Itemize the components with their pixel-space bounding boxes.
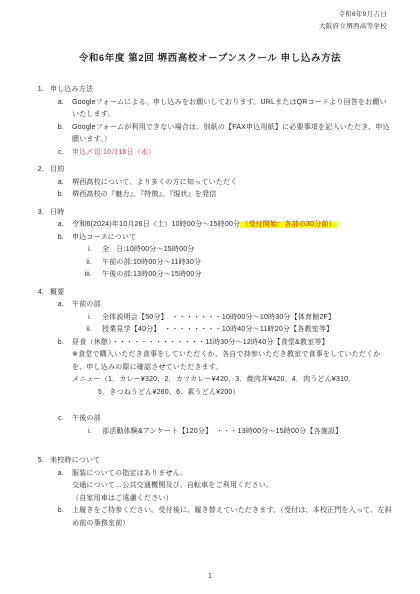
item-text: Googleフォームによる、申し込みをお願いしております。URLまたはQRコード… — [72, 97, 392, 122]
list-item: a. 服装についての指定はありません。 — [36, 468, 392, 481]
section-heading-row: 4. 概要 — [36, 287, 392, 300]
section-heading-row: 5. 来校時について — [36, 455, 392, 468]
item-marker: a. — [36, 97, 64, 110]
item-marker: i. — [36, 312, 92, 325]
list-item: c. 午後の部 — [36, 413, 392, 426]
lunch-note: ※食堂で購入いただき食事をしていただくか、各自で持参いただき教室で食事をしていた… — [36, 349, 392, 374]
item-text: 令和6(2024)年10月26日（土）10時00分～15時00分（受付開始：各部… — [72, 219, 392, 232]
item-marker: a. — [36, 177, 64, 190]
item-text: 全 日:10時00分～15時00分 — [102, 244, 392, 257]
menu-line: 5．きつねうどん¥260、6．素うどん¥200） — [36, 387, 392, 400]
document-body: 1. 申し込み方法 a. Googleフォームによる、申し込みをお願いしておりま… — [0, 84, 420, 530]
list-item: b. Googleフォームが利用できない場合は、別紙の【FAX申込用紙】に必要事… — [36, 122, 392, 147]
item-text: 全体説明会【50分】 ・・・・・・・10時00分～10時30分【体育館2F】 — [102, 312, 392, 325]
list-item: b. 堺西高校の『魅力』、『特徴』、『現状』を発信 — [36, 189, 392, 202]
list-item: a. 午前の部 — [36, 299, 392, 312]
item-text: 上履きをご持参ください。受付後に、履き替えていただきます。（受付は、本校正門を入… — [72, 505, 392, 530]
item-text: 授業見学【40分】 ・・・・・・・・10時40分～11時20分【各教室等】 — [102, 324, 392, 337]
item-text: 部活動体験&アンケート【120分】 ・・・13時00分～15時00分【各施設】 — [102, 426, 392, 439]
section-overview: 4. 概要 a. 午前の部 i. 全体説明会【50分】 ・・・・・・・10時00… — [36, 287, 392, 439]
item-marker: b. — [36, 122, 64, 135]
reception-highlight: （受付開始：各部の30分前） — [240, 221, 337, 228]
item-text: Googleフォームが利用できない場合は、別紙の【FAX申込用紙】に必要事項を記… — [72, 122, 392, 147]
section-application: 1. 申し込み方法 a. Googleフォームによる、申し込みをお願いしておりま… — [36, 84, 392, 159]
item-marker: b. — [36, 505, 64, 518]
item-marker: ii. — [36, 257, 92, 270]
list-item-date: a. 令和6(2024)年10月26日（土）10時00分～15時00分（受付開始… — [36, 219, 392, 232]
item-marker: b. — [36, 232, 64, 245]
item-text: 午後の部 — [72, 413, 392, 426]
section-heading: 概要 — [50, 287, 392, 300]
page-number: 1 — [0, 573, 420, 580]
section-number: 3. — [36, 207, 44, 220]
item-marker: c. — [36, 413, 64, 426]
school-name: 大阪府立堺西高等学校 — [0, 21, 387, 33]
section-number: 2. — [36, 164, 44, 177]
item-marker: b. — [36, 189, 64, 202]
section-heading-row: 2. 目的 — [36, 164, 392, 177]
menu-line: メニュー（1．カレー¥320、2．カツカレー¥420、3．焼肉丼¥420、4．肉… — [36, 374, 392, 387]
sub-list-item: ii. 授業見学【40分】 ・・・・・・・・10時40分～11時20分【各教室等… — [36, 324, 392, 337]
sub-list-item: i. 全 日:10時00分～15時00分 — [36, 244, 392, 257]
doc-title: 令和6年度 第2回 堺西高校オープンスクール 申し込み方法 — [0, 50, 420, 64]
item-text: 午前の部:10時00分～11時30分 — [102, 257, 392, 270]
item-text: 堺西高校の『魅力』、『特徴』、『現状』を発信 — [72, 189, 392, 202]
doc-date: 令和6年9月吉日 — [0, 9, 387, 21]
section-heading: 申し込み方法 — [50, 84, 392, 97]
car-note: （自家用車はご遠慮ください） — [36, 493, 392, 506]
item-text: 堺西高校について、より多くの方に知っていただく — [72, 177, 392, 190]
item-text: 申込コースについて — [72, 232, 392, 245]
item-text: 午前の部 — [72, 299, 392, 312]
list-item: a. 堺西高校について、より多くの方に知っていただく — [36, 177, 392, 190]
item-text: 服装についての指定はありません。 — [72, 468, 392, 481]
transport-note: 交通について…公共交通機関及び、自転車をご利用ください。 — [36, 480, 392, 493]
deadline-text: 申込〆切:10月16日（水） — [72, 147, 392, 160]
list-item-deadline: c. 申込〆切:10月16日（水） — [36, 147, 392, 160]
section-visit: 5. 来校時について a. 服装についての指定はありません。 交通について…公共… — [36, 455, 392, 530]
item-marker: ii. — [36, 324, 92, 337]
sub-list-item: i. 部活動体験&アンケート【120分】 ・・・13時00分～15時00分【各施… — [36, 426, 392, 439]
list-item: a. Googleフォームによる、申し込みをお願いしております。URLまたはQR… — [36, 97, 392, 122]
section-number: 1. — [36, 84, 44, 97]
section-heading-row: 3. 日時 — [36, 207, 392, 220]
item-marker: c. — [36, 147, 64, 160]
document-page: 令和6年9月吉日 大阪府立堺西高等学校 令和6年度 第2回 堺西高校オープンスク… — [0, 0, 420, 594]
event-date-text: 令和6(2024)年10月26日（土）10時00分～15時00分 — [72, 221, 240, 228]
sub-list-item: i. 全体説明会【50分】 ・・・・・・・10時00分～10時30分【体育館2F… — [36, 312, 392, 325]
section-heading: 目的 — [50, 164, 392, 177]
item-marker: iii. — [36, 269, 92, 282]
sub-list-item: iii. 午後の部:13時00分～15時00分 — [36, 269, 392, 282]
list-item-lunch: b. 昼食（休憩）・・・・・・・・・・・・・11時30分～12時40分【食堂&教… — [36, 337, 392, 350]
item-marker: i. — [36, 244, 92, 257]
section-purpose: 2. 目的 a. 堺西高校について、より多くの方に知っていただく b. 堺西高校… — [36, 164, 392, 202]
list-item: b. 上履きをご持参ください。受付後に、履き替えていただきます。（受付は、本校正… — [36, 505, 392, 530]
section-number: 4. — [36, 287, 44, 300]
document-header: 令和6年9月吉日 大阪府立堺西高等学校 — [0, 0, 420, 33]
section-heading-row: 1. 申し込み方法 — [36, 84, 392, 97]
list-item: b. 申込コースについて — [36, 232, 392, 245]
section-number: 5. — [36, 455, 44, 468]
item-text: 午後の部:13時00分～15時00分 — [102, 269, 392, 282]
sub-list-item: ii. 午前の部:10時00分～11時30分 — [36, 257, 392, 270]
item-marker: a. — [36, 299, 64, 312]
section-heading: 来校時について — [50, 455, 392, 468]
item-marker: b. — [36, 337, 64, 350]
item-marker: a. — [36, 219, 64, 232]
item-text: 昼食（休憩）・・・・・・・・・・・・・11時30分～12時40分【食堂&教室等】 — [72, 337, 392, 350]
item-marker: i. — [36, 426, 92, 439]
section-heading: 日時 — [50, 207, 392, 220]
section-datetime: 3. 日時 a. 令和6(2024)年10月26日（土）10時00分～15時00… — [36, 207, 392, 282]
item-marker: a. — [36, 468, 64, 481]
